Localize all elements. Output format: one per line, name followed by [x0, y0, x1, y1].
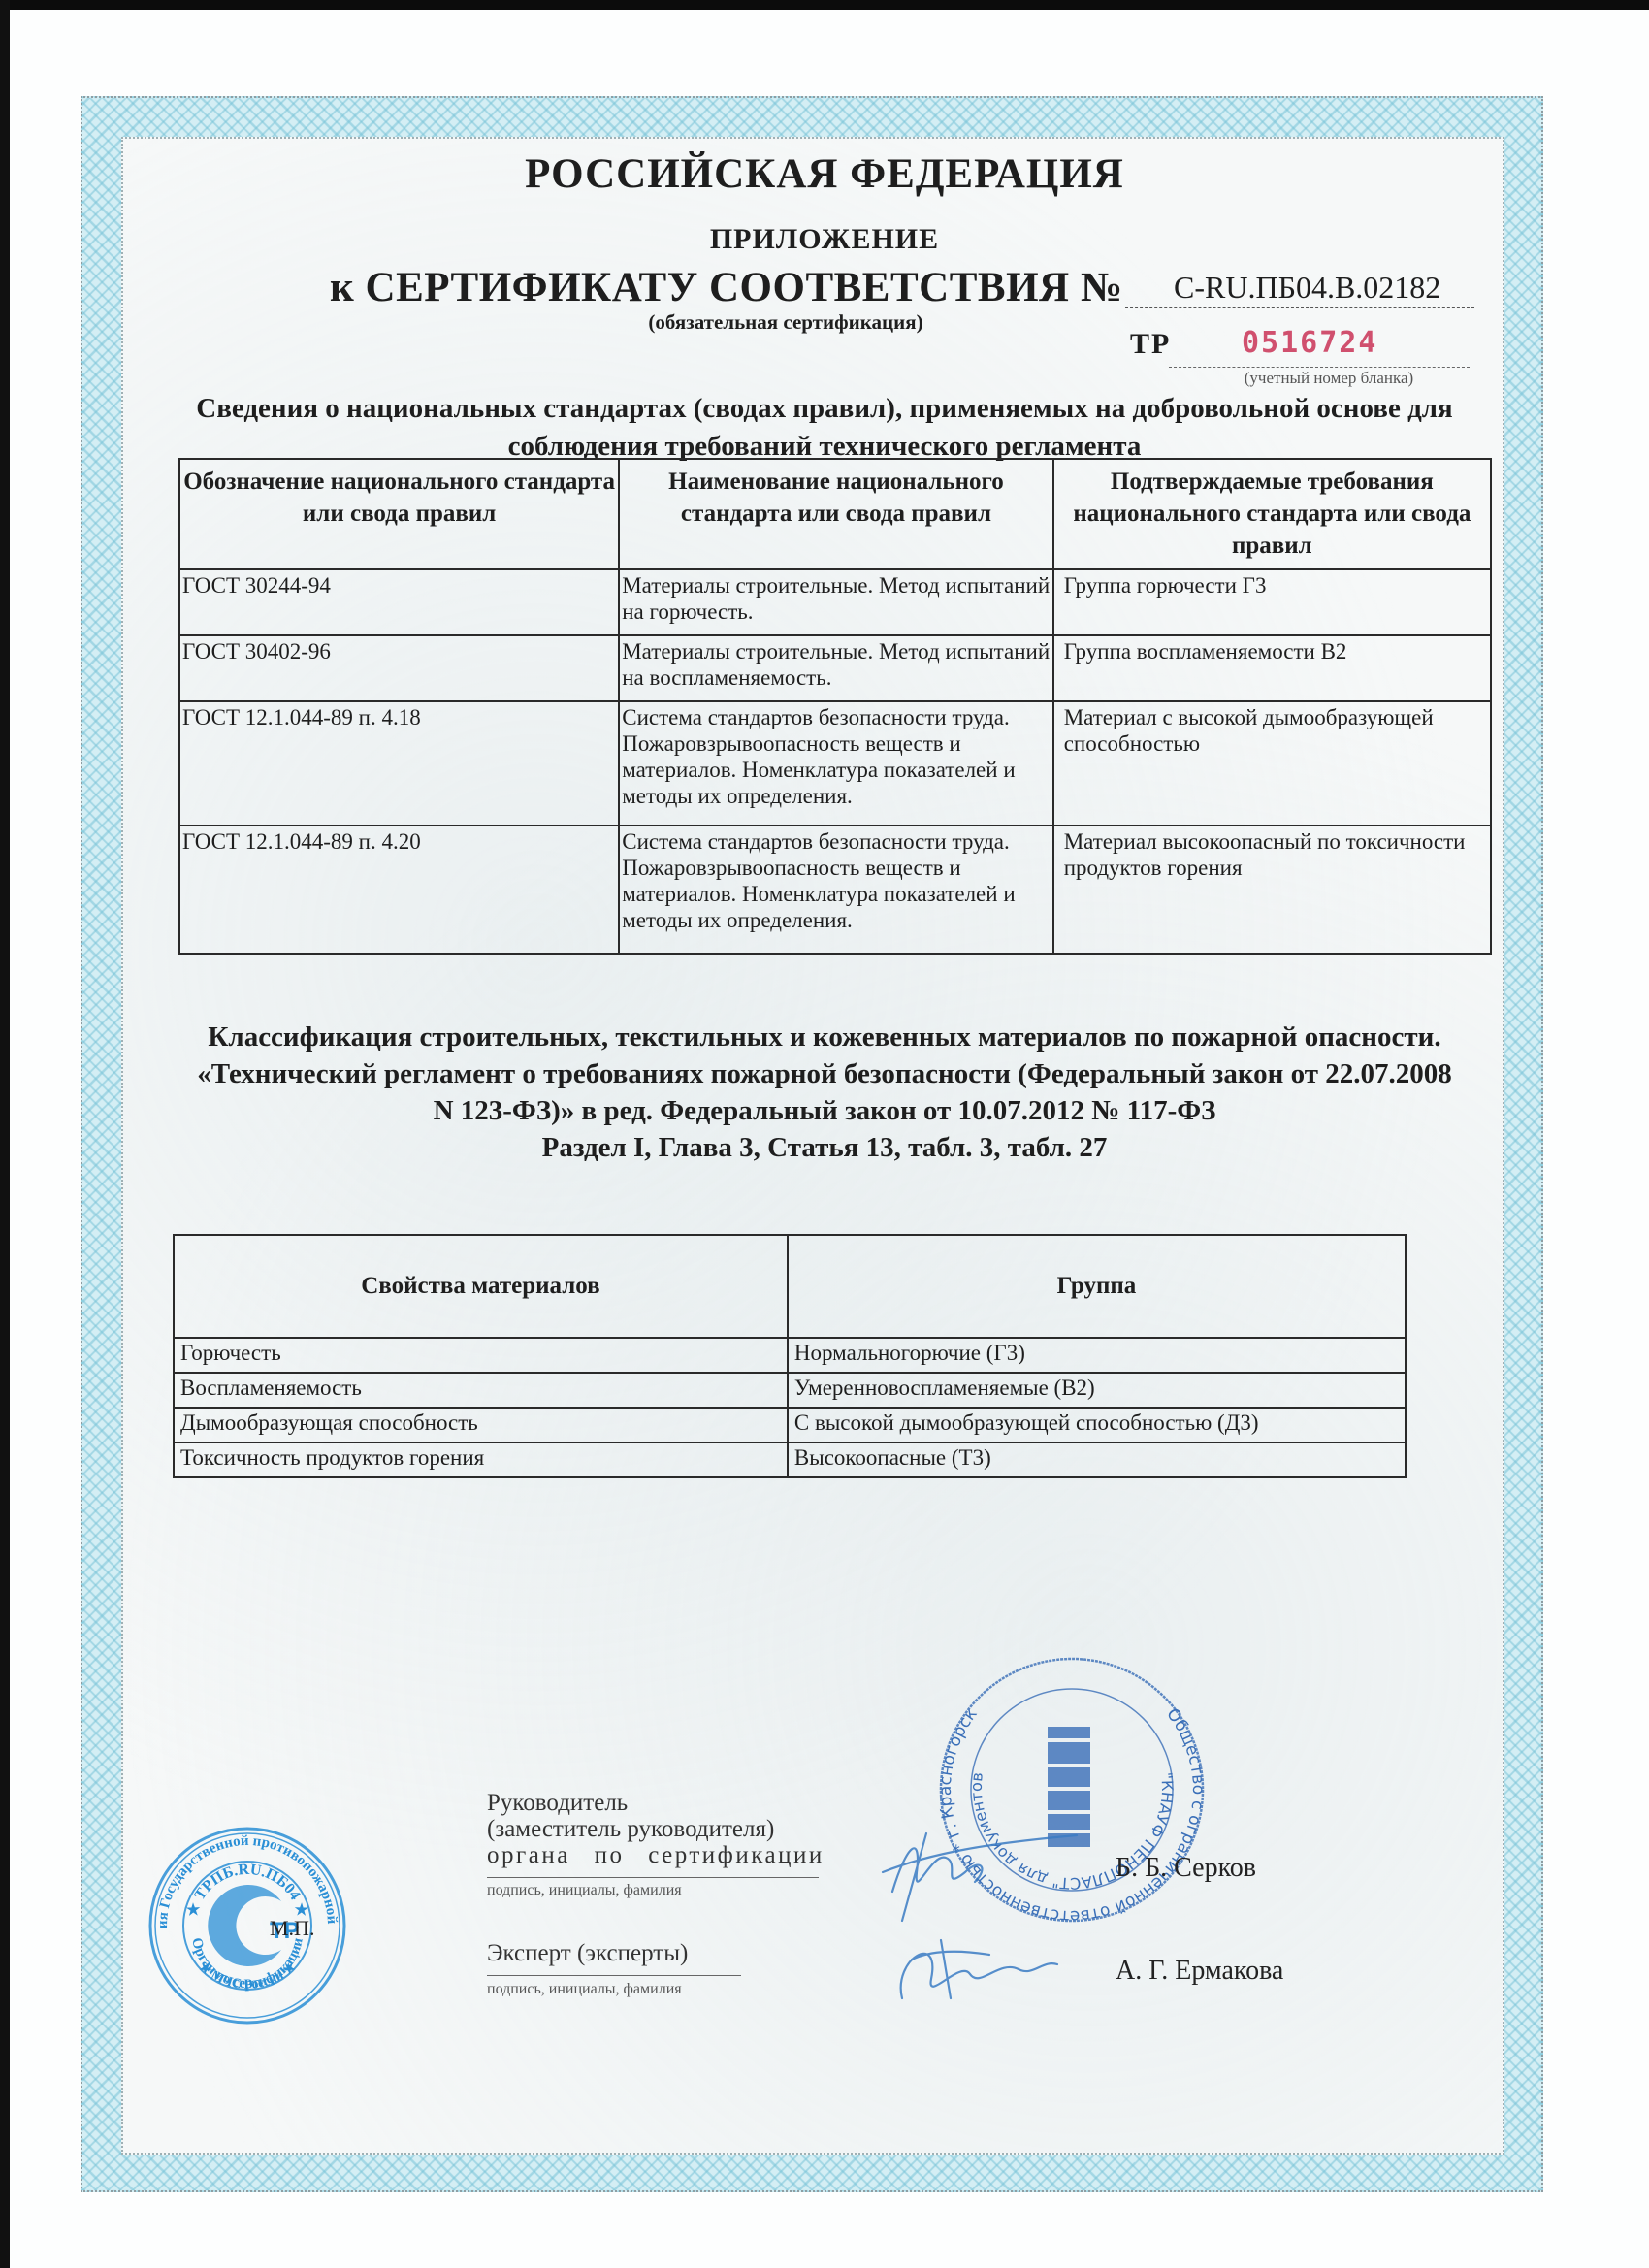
- head-signature-line: [487, 1877, 819, 1878]
- standard-designation: ГОСТ 12.1.044-89 п. 4.20: [179, 826, 619, 954]
- material-group: С высокой дымообразующей способностью (Д…: [788, 1408, 1406, 1442]
- table-row: ГОСТ 12.1.044-89 п. 4.18 Система стандар…: [179, 701, 1491, 826]
- annex-title: ПРИЛОЖЕНИЕ: [582, 223, 1067, 256]
- expert-role: Эксперт (эксперты): [487, 1940, 688, 1967]
- material-property: Дымообразующая способность: [174, 1408, 788, 1442]
- standard-requirement: Группа воспламеняемости В2: [1053, 635, 1491, 701]
- standard-designation: ГОСТ 30402-96: [179, 635, 619, 701]
- table-row: ГОСТ 30244-94 Материалы строительные. Ме…: [179, 569, 1491, 635]
- material-group: Нормальногорючие (Г3): [788, 1338, 1406, 1373]
- column-header-requirement: Подтверждаемые требования национального …: [1053, 459, 1491, 569]
- column-header-name: Наименование национального стандарта или…: [619, 459, 1052, 569]
- expert-name: А. Г. Ермакова: [1115, 1956, 1283, 1987]
- standard-requirement: Материал высокоопасный по токсичности пр…: [1053, 826, 1491, 954]
- standard-requirement: Группа горючести Г3: [1053, 569, 1491, 635]
- head-role: Руководитель (заместитель руководителя) …: [487, 1790, 824, 1868]
- country-title: РОССИЙСКАЯ ФЕДЕРАЦИЯ: [291, 150, 1358, 198]
- head-role-title: Руководитель: [487, 1790, 824, 1816]
- column-header-group: Группа: [788, 1235, 1406, 1338]
- standard-name: Система стандартов безопасности труда. П…: [619, 826, 1052, 954]
- standard-designation: ГОСТ 30244-94: [179, 569, 619, 635]
- material-property: Воспламеняемость: [174, 1373, 788, 1408]
- blank-number-caption: (учетный номер бланка): [1208, 369, 1450, 388]
- certification-type: (обязательная сертификация): [543, 310, 1028, 335]
- table-row: Токсичность продуктов горения Высокоопас…: [174, 1442, 1406, 1477]
- head-signature-caption: подпись, инициалы, фамилия: [487, 1882, 682, 1899]
- blank-number: 0516724: [1242, 326, 1377, 360]
- table-header-row: Свойства материалов Группа: [174, 1235, 1406, 1338]
- table-row: Воспламеняемость Умеренновоспламеняемые …: [174, 1373, 1406, 1408]
- column-header-designation: Обозначение национального стандарта или …: [179, 459, 619, 569]
- regulation-reference-line: Раздел I, Глава 3, Статья 13, табл. 3, т…: [184, 1129, 1465, 1166]
- table-row: Дымообразующая способность С высокой дым…: [174, 1408, 1406, 1442]
- head-role-body: органа по сертификации: [487, 1842, 824, 1868]
- expert-signature-caption: подпись, инициалы, фамилия: [487, 1981, 682, 1998]
- material-property: Токсичность продуктов горения: [174, 1442, 788, 1477]
- table-row: ГОСТ 12.1.044-89 п. 4.20 Система стандар…: [179, 826, 1491, 954]
- head-role-deputy: (заместитель руководителя): [487, 1816, 824, 1842]
- table-row: ГОСТ 30402-96 Материалы строительные. Ме…: [179, 635, 1491, 701]
- scan-edge: [0, 0, 10, 2268]
- blank-series: ТР: [1130, 328, 1171, 361]
- certification-body-stamp-icon: Академия Государственной противопожарной…: [145, 1824, 349, 2027]
- classification-table: Свойства материалов Группа Горючесть Нор…: [173, 1234, 1406, 1478]
- head-name: Б. Б. Серков: [1115, 1853, 1256, 1884]
- material-group: Высокоопасные (Т3): [788, 1442, 1406, 1477]
- blank-number-underline: [1169, 367, 1470, 368]
- material-property: Горючесть: [174, 1338, 788, 1373]
- standard-name: Материалы строительные. Метод испытаний …: [619, 635, 1052, 701]
- certificate-label: к СЕРТИФИКАТУ СООТВЕТСТВИЯ №: [330, 264, 1123, 311]
- certificate-number: C-RU.ПБ04.В.02182: [1174, 270, 1440, 306]
- regulation-title-line: «Технический регламент о требованиях пож…: [184, 1055, 1465, 1129]
- expert-signature-line: [487, 1975, 741, 1976]
- standard-designation: ГОСТ 12.1.044-89 п. 4.18: [179, 701, 619, 826]
- classification-section-title: Классификация строительных, текстильных …: [184, 1019, 1465, 1166]
- column-header-property: Свойства материалов: [174, 1235, 788, 1338]
- standard-name: Материалы строительные. Метод испытаний …: [619, 569, 1052, 635]
- standard-requirement: Материал с высокой дымообразующей способ…: [1053, 701, 1491, 826]
- standards-section-title: Сведения о национальных стандартах (свод…: [175, 390, 1474, 466]
- handwritten-signatures-icon: [873, 1814, 1086, 2008]
- standard-name: Система стандартов безопасности труда. П…: [619, 701, 1052, 826]
- scan-edge: [0, 0, 1649, 10]
- table-header-row: Обозначение национального стандарта или …: [179, 459, 1491, 569]
- seal-placeholder-label: М.П.: [270, 1916, 314, 1941]
- material-group: Умеренновоспламеняемые (В2): [788, 1373, 1406, 1408]
- standards-table: Обозначение национального стандарта или …: [178, 458, 1492, 955]
- classification-title-line: Классификация строительных, текстильных …: [184, 1019, 1465, 1055]
- table-row: Горючесть Нормальногорючие (Г3): [174, 1338, 1406, 1373]
